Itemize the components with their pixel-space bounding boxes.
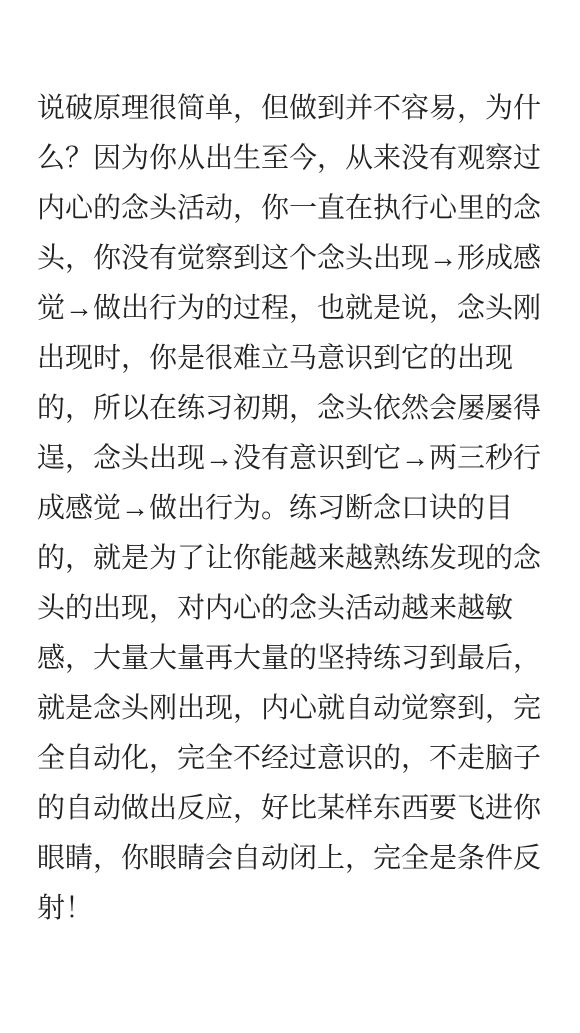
text-line: 射！	[37, 883, 544, 933]
text-line: 的，就是为了让你能越来越熟练发现的念	[37, 533, 544, 583]
text-line: 成感觉→做出行为。练习断念口诀的目	[37, 483, 544, 533]
text-line: 的自动做出反应，好比某样东西要飞进你	[37, 783, 544, 833]
text-line: 出现时，你是很难立马意识到它的出现	[37, 333, 544, 383]
text-line: 全自动化，完全不经过意识的，不走脑子	[37, 733, 544, 783]
text-line: 感，大量大量再大量的坚持练习到最后，	[37, 633, 544, 683]
text-line: 觉→做出行为的过程，也就是说，念头刚	[37, 283, 544, 333]
text-line: 的，所以在练习初期，念头依然会屡屡得	[37, 383, 544, 433]
text-line: 内心的念头活动，你一直在执行心里的念	[37, 183, 544, 233]
text-line: 就是念头刚出现，内心就自动觉察到，完	[37, 683, 544, 733]
text-page: 说破原理很简单，但做到并不容易，为什 么？因为你从出生至今，从来没有观察过 内心…	[0, 0, 580, 1033]
text-line: 眼睛，你眼睛会自动闭上，完全是条件反	[37, 833, 544, 883]
text-line: 头的出现，对内心的念头活动越来越敏	[37, 583, 544, 633]
text-line: 头，你没有觉察到这个念头出现→形成感	[37, 233, 544, 283]
text-line: 么？因为你从出生至今，从来没有观察过	[37, 133, 544, 183]
text-line: 说破原理很简单，但做到并不容易，为什	[37, 83, 544, 133]
text-line: 逞，念头出现→没有意识到它→两三秒行	[37, 433, 544, 483]
paragraph: 说破原理很简单，但做到并不容易，为什 么？因为你从出生至今，从来没有观察过 内心…	[37, 83, 544, 933]
